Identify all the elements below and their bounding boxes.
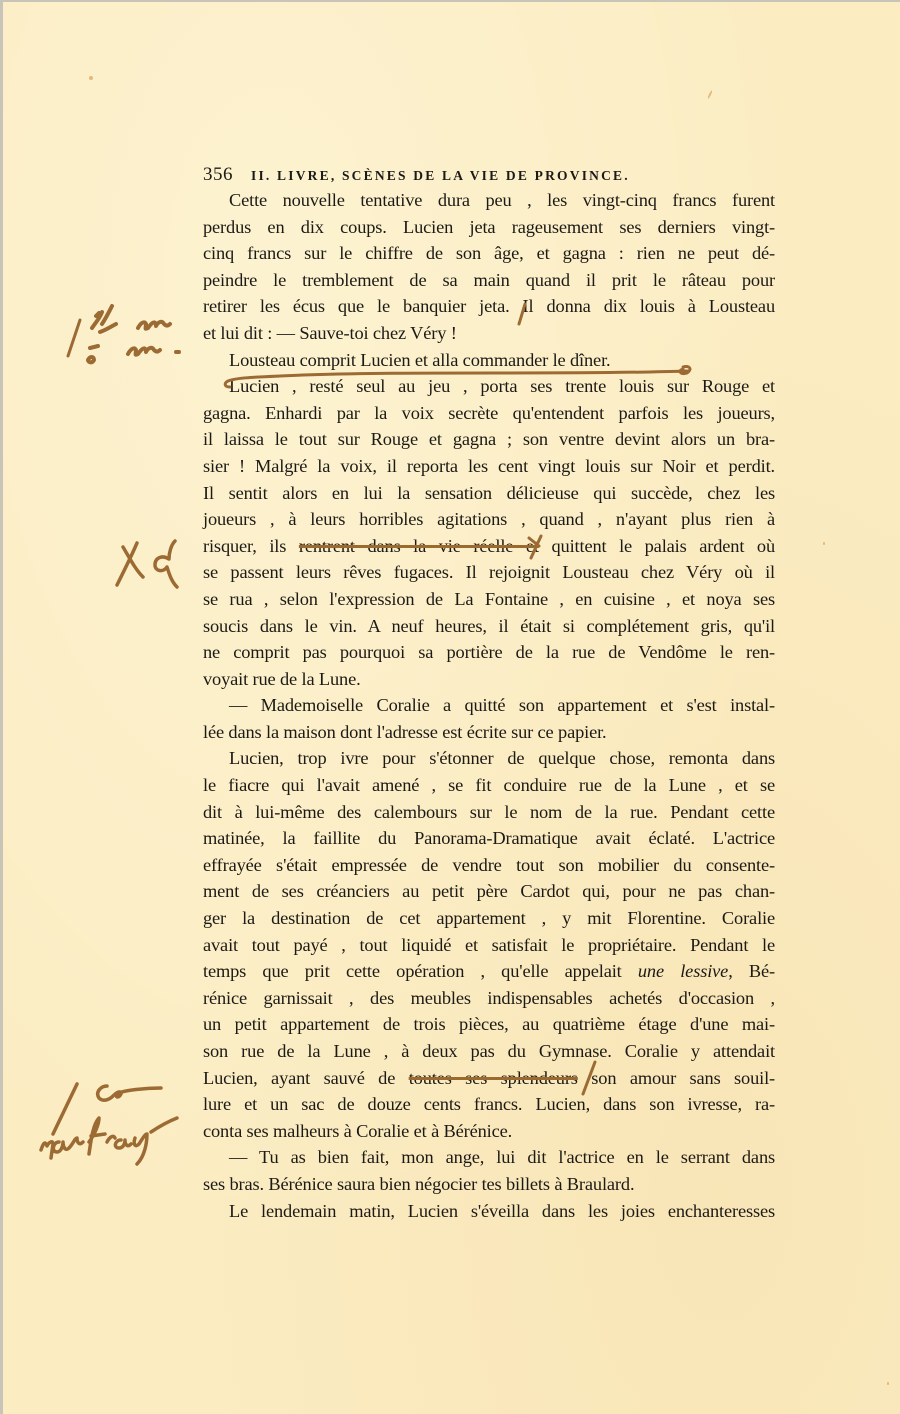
paper-speck [89,76,93,80]
text-line: il laissa le tout sur Rouge et gagna ; s… [203,426,775,453]
text-line: joueurs , à leurs horribles agitations ,… [203,506,775,533]
text-line: sier ! Malgré la voix, il reporta les ce… [203,453,775,480]
text-line: cinq francs sur le chiffre de son âge, e… [203,240,775,267]
text-line: gagna. Enhardi par la voix secrète qu'en… [203,400,775,427]
text-line: perdus en dix coups. Lucien jeta rageuse… [203,214,775,241]
text-line: avait tout payé , tout liquidé et satisf… [203,932,775,959]
paper-speck [887,1382,889,1385]
text-line: dit à lui-même des calembours sur le nom… [203,799,775,826]
italic-text: une lessive [638,961,728,981]
text-line: un petit appartement de trois pièces, au… [203,1011,775,1038]
text-line: matinée, la faillite du Panorama-Dramati… [203,825,775,852]
text-line: risquer, ils rentrent dans la vie réelle… [203,533,775,560]
text-line: — Mademoiselle Coralie a quitté son appa… [203,692,775,719]
text-line: peindre le tremblement de sa main quand … [203,267,775,294]
book-page: 356 II. LIVRE, SCÈNES DE LA VIE DE PROVI… [3,2,900,1414]
text-line: Il sentit alors en lui la sensation déli… [203,480,775,507]
text-line: Cette nouvelle tentative dura peu , les … [203,187,775,214]
text-line: — Tu as bien fait, mon ange, lui dit l'a… [203,1144,775,1171]
text-line: voyait rue de la Lune. [203,666,775,693]
text-line: lée dans la maison dont l'adresse est éc… [203,719,775,746]
body-text: Cette nouvelle tentative dura peu , les … [203,187,775,1224]
running-head: 356 II. LIVRE, SCÈNES DE LA VIE DE PROVI… [203,163,775,187]
text-line: rénice garnissait , des meubles indispen… [203,985,775,1012]
text-line: et lui dit : — Sauve-toi chez Véry ! [203,320,775,347]
text-line: ses bras. Bérénice saura bien négocier t… [203,1171,775,1198]
text-line: temps que prit cette opération , qu'elle… [203,958,775,985]
text-line: le fiacre qui l'avait amené , se fit con… [203,772,775,799]
text-line: lure et un sac de douze cents francs. Lu… [203,1091,775,1118]
text-line: Le lendemain matin, Lucien s'éveilla dan… [203,1198,775,1225]
text-line: ne comprit pas pourquoi sa portière de l… [203,639,775,666]
text-line: Lousteau comprit Lucien et alla commande… [203,347,775,374]
running-head-title: II. LIVRE, SCÈNES DE LA VIE DE PROVINCE. [251,164,630,188]
margin-note-handwriting-icon [31,1072,211,1172]
text-line: effrayée s'était empressée de vendre tou… [203,852,775,879]
paper-speck [707,90,713,99]
page-number: 356 [203,163,233,187]
struck-through-text: rentrent dans la vie réelle et [299,536,539,556]
text-line: se passent leurs rêves fugaces. Il rejoi… [203,559,775,586]
text-line: conta ses malheurs à Coralie et à Béréni… [203,1118,775,1145]
text-line: ment de ses créanciers au petit père Car… [203,878,775,905]
paper-speck [823,542,825,545]
text-line: se rua , selon l'expression de La Fontai… [203,586,775,613]
text-line: retirer les écus que le banquier jeta. I… [203,293,775,320]
printed-text-block: 356 II. LIVRE, SCÈNES DE LA VIE DE PROVI… [203,163,775,1224]
text-line: son rue de la Lune , à deux pas du Gymna… [203,1038,775,1065]
margin-note-handwriting-icon [113,537,193,597]
text-line: soucis dans le vin. A neuf heures, il ét… [203,613,775,640]
struck-through-text: toutes ses splendeurs [409,1068,578,1088]
text-line: Lucien, trop ivre pour s'étonner de quel… [203,745,775,772]
text-line: Lucien , resté seul au jeu , porta ses t… [203,373,775,400]
margin-note-handwriting-icon [58,292,198,372]
text-line: ger la destination de cet appartement , … [203,905,775,932]
text-line: Lucien, ayant sauvé de toutes ses splend… [203,1065,775,1092]
